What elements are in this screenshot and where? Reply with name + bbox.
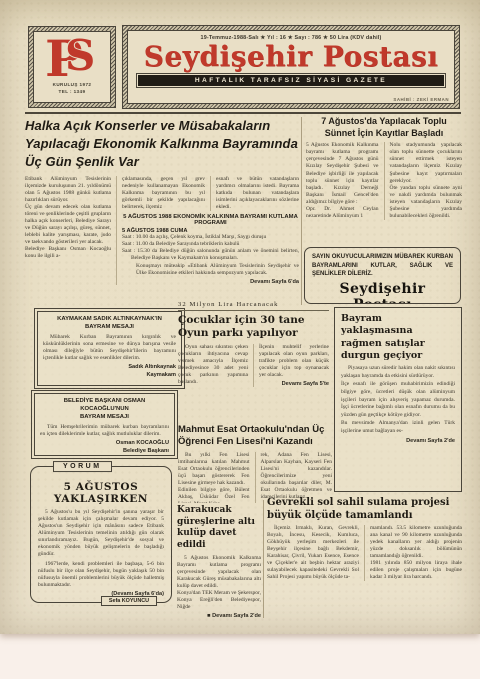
sp-logo-icon: P S (34, 32, 110, 82)
park-continuation: Devamı Sayfa 5'te (259, 381, 329, 387)
kaymakam-box-body: Mübarek Kurban Bayramının kırgınlık ve k… (43, 334, 176, 362)
belediye-box-title-line1: BELEDİYE BAŞKANI OSMAN KOCAOĞLU'NUN (64, 398, 146, 412)
fen-article: Mahmut Esat Ortaokulu'ndan Üç Öğrenci Fe… (178, 424, 332, 503)
yorum-column: YORUM 5 AĞUSTOS YAKLAŞIRKEN 5 Ağustos'u … (30, 466, 172, 603)
satis-article: Bayram yaklaşmasına rağmen satışlar durg… (334, 307, 462, 492)
program-title: 5 AĞUSTOS 1988 EKONOMİK KALKINMA BAYRAMI… (122, 214, 299, 226)
kaymakam-message-box: KAYMAKAM SADIK ALTINKAYNAK'IN BAYRAM MES… (37, 311, 182, 386)
sunnet-columns: 5 Ağustos Ekonomik Kalkınma bayramı kutl… (306, 142, 462, 219)
park-col-1: Oyun sahası sıkıntısı çeken çocukların i… (178, 344, 248, 387)
park-headline: Çocuklar için 30 tane Oyun parkı yapılıy… (178, 314, 329, 340)
column-divider (301, 117, 302, 305)
park-columns: Oyun sahası sıkıntısı çeken çocukların i… (178, 344, 329, 387)
gures-article: Karakucak güreşlerine altı kulüp davet e… (177, 505, 261, 618)
program-item: Konuşmayı müteakip «Etibank Alüminyum Te… (122, 263, 299, 277)
subtitle-band: HAFTALIK TARAFSIZ SİYASİ GAZETE (138, 75, 444, 86)
lead-col-2: çıklamasında, geçen yıl grev nedeniyle k… (122, 176, 205, 211)
masthead-inner: 19-Temmuz-1988-Salı ★ Yıl : 16 ★ Sayı : … (127, 30, 455, 104)
fen-headline: Mahmut Esat Ortaokulu'ndan Üç Öğrenci Fe… (178, 424, 332, 449)
logo-founding-lines: KURULUŞ 1972 TEL : 1349 (53, 82, 92, 96)
gures-headline: Karakucak güreşlerine altı kulüp davet e… (177, 505, 261, 552)
sulama-headline: Gevrekli sol sahil sulama projesi büyük … (267, 496, 462, 522)
belediye-signature: Osman KOCAOĞLU Belediye Başkanı (40, 440, 169, 456)
lead-subcolumns: çıklamasında, geçen yıl grev nedeniyle k… (122, 176, 299, 211)
lead-article: Halka Açık Konserler ve Müsabakaların Ya… (25, 117, 299, 307)
belediye-sign-title: Belediye Başkanı (123, 448, 169, 454)
lead-col-3: esnafı ve bütün vatandaşların yardımcı o… (210, 176, 299, 211)
gures-continuation: ■ Devamı Sayfa 2'de (177, 613, 261, 618)
sulama-columns: İlçemiz Irmaklı, Kuran, Gevrekli, Boyalı… (267, 525, 462, 581)
sulama-col-2: mamlandı. 53.5 kilometre uzunluğunda ana… (364, 525, 462, 581)
belediye-message-box: BELEDİYE BAŞKANI OSMAN KOCAOĞLU'NUN BAYR… (34, 393, 175, 456)
masthead-rule (25, 112, 461, 114)
sulama-article: Gevrekli sol sahil sulama projesi büyük … (267, 496, 462, 622)
lead-col-1: Etibank Alüminyum Tesislerinin ilçemizde… (25, 176, 111, 285)
lead-headline: Halka Açık Konserler ve Müsabakaların Ya… (25, 117, 299, 171)
lead-right-block: çıklamasında, geçen yıl grev nedeniyle k… (116, 176, 299, 285)
program-item: Saat : 15.30 da Belediye düğün salonunda… (122, 248, 299, 262)
satis-headline: Bayram yaklaşmasına rağmen satışlar durg… (341, 313, 455, 362)
kaymakam-sign-name: Sadık Altınkaynak (128, 364, 176, 370)
kaymakam-box-title-line2: BAYRAM MESAJI (85, 324, 134, 330)
belediye-box-body: Tüm Hemşehrilerimin mübarek kurban bayra… (40, 424, 169, 438)
fen-col-1: Bu yılki Fen Lisesi imtihanlarına katıla… (178, 452, 250, 503)
lead-columns: Etibank Alüminyum Tesislerinin ilçemizde… (25, 176, 299, 285)
sulama-col-1: İlçemiz Irmaklı, Kuran, Gevrekli, Boyalı… (267, 525, 359, 581)
sunnet-col-1: 5 Ağustos Ekonomik Kalkınma bayramı kutl… (306, 142, 379, 219)
sunnet-article: 7 Ağustos'da Yapılacak Toplu Sünnet İçin… (306, 116, 462, 242)
park-article: 32 Milyon Lira Harcanacak Çocuklar için … (178, 301, 329, 421)
newspaper-title: Seydişehir Postası (144, 42, 439, 71)
satis-body: Piyasaya uzun süredir hakim olan nakit s… (341, 365, 455, 435)
logo-box-inner: P S KURULUŞ 1972 TEL : 1349 (33, 31, 111, 103)
sunnet-headline: 7 Ağustos'da Yapılacak Toplu Sünnet İçin… (306, 116, 462, 139)
sp-monogram-icon: P S (43, 34, 101, 80)
kaymakam-box-title-line1: KAYMAKAM SADIK ALTINKAYNAK'IN (57, 316, 162, 322)
logo-box: P S KURULUŞ 1972 TEL : 1349 (28, 26, 116, 108)
yorum-paragraph-2: 1967'lerde, kendi problemleri ile başbaş… (38, 561, 164, 589)
greeting-text: SAYIN OKUYUCULARIMIZIN MÜBAREK KURBAN BA… (312, 253, 453, 279)
masthead-box: 19-Temmuz-1988-Salı ★ Yıl : 16 ★ Sayı : … (122, 25, 460, 109)
yorum-headline: 5 AĞUSTOS YAKLAŞIRKEN (38, 481, 164, 505)
yorum-paragraph-1: 5 Ağustos'u bu yıl Seydişehir'in şanına … (38, 509, 164, 558)
yorum-tag: YORUM (53, 461, 112, 472)
owner-line: SAHİBİ : ZEKİ ERMAN (393, 97, 449, 102)
park-kicker: 32 Milyon Lira Harcanacak (178, 301, 329, 311)
scan-background (0, 634, 480, 679)
newspaper-front-page: P S KURULUŞ 1972 TEL : 1349 19-Temmuz-19… (0, 0, 480, 679)
kaymakam-signature: Sadık Altınkaynak Kaymakam (43, 364, 176, 380)
park-col-2: İlçenin muhtelif yerlerine yapılacak ola… (259, 344, 329, 379)
svg-text:S: S (65, 34, 95, 80)
logo-phone: TEL : 1349 (53, 89, 92, 96)
column-divider (263, 500, 264, 618)
park-col-2-wrap: İlçenin muhtelif yerlerine yapılacak ola… (253, 344, 329, 387)
satis-continuation: Devamı Sayfa 2'de (341, 438, 455, 444)
kaymakam-sign-title: Kaymakam (146, 372, 176, 378)
belediye-box-title: BELEDİYE BAŞKANI OSMAN KOCAOĞLU'NUN BAYR… (40, 398, 169, 422)
logo-founding-year: KURULUŞ 1972 (53, 82, 92, 89)
yorum-author-tag: Sefa KOYUNCU (101, 596, 157, 606)
greeting-signature: Seydişehir Postası (312, 281, 453, 304)
program-item: Saat : 10.00 da açılış, Çelenk koyma, İs… (122, 234, 299, 241)
belediye-sign-name: Osman KOCAOĞLU (116, 440, 169, 446)
kaymakam-box-title: KAYMAKAM SADIK ALTINKAYNAK'IN BAYRAM MES… (43, 316, 176, 332)
sunnet-col-2: Nolu stadyumunda yapılacak olan toplu sü… (384, 142, 463, 219)
paper-sheet: P S KURULUŞ 1972 TEL : 1349 19-Temmuz-19… (0, 0, 480, 634)
gures-body: 5 Ağustos Ekonomik Kalkınma Bayramı kutl… (177, 555, 261, 611)
lead-continuation: Devamı Sayfa 6'da (122, 279, 299, 285)
belediye-box-title-line2: BAYRAM MESAJI (80, 414, 129, 420)
greeting-box: SAYIN OKUYUCULARIMIZIN MÜBAREK KURBAN BA… (304, 247, 461, 304)
